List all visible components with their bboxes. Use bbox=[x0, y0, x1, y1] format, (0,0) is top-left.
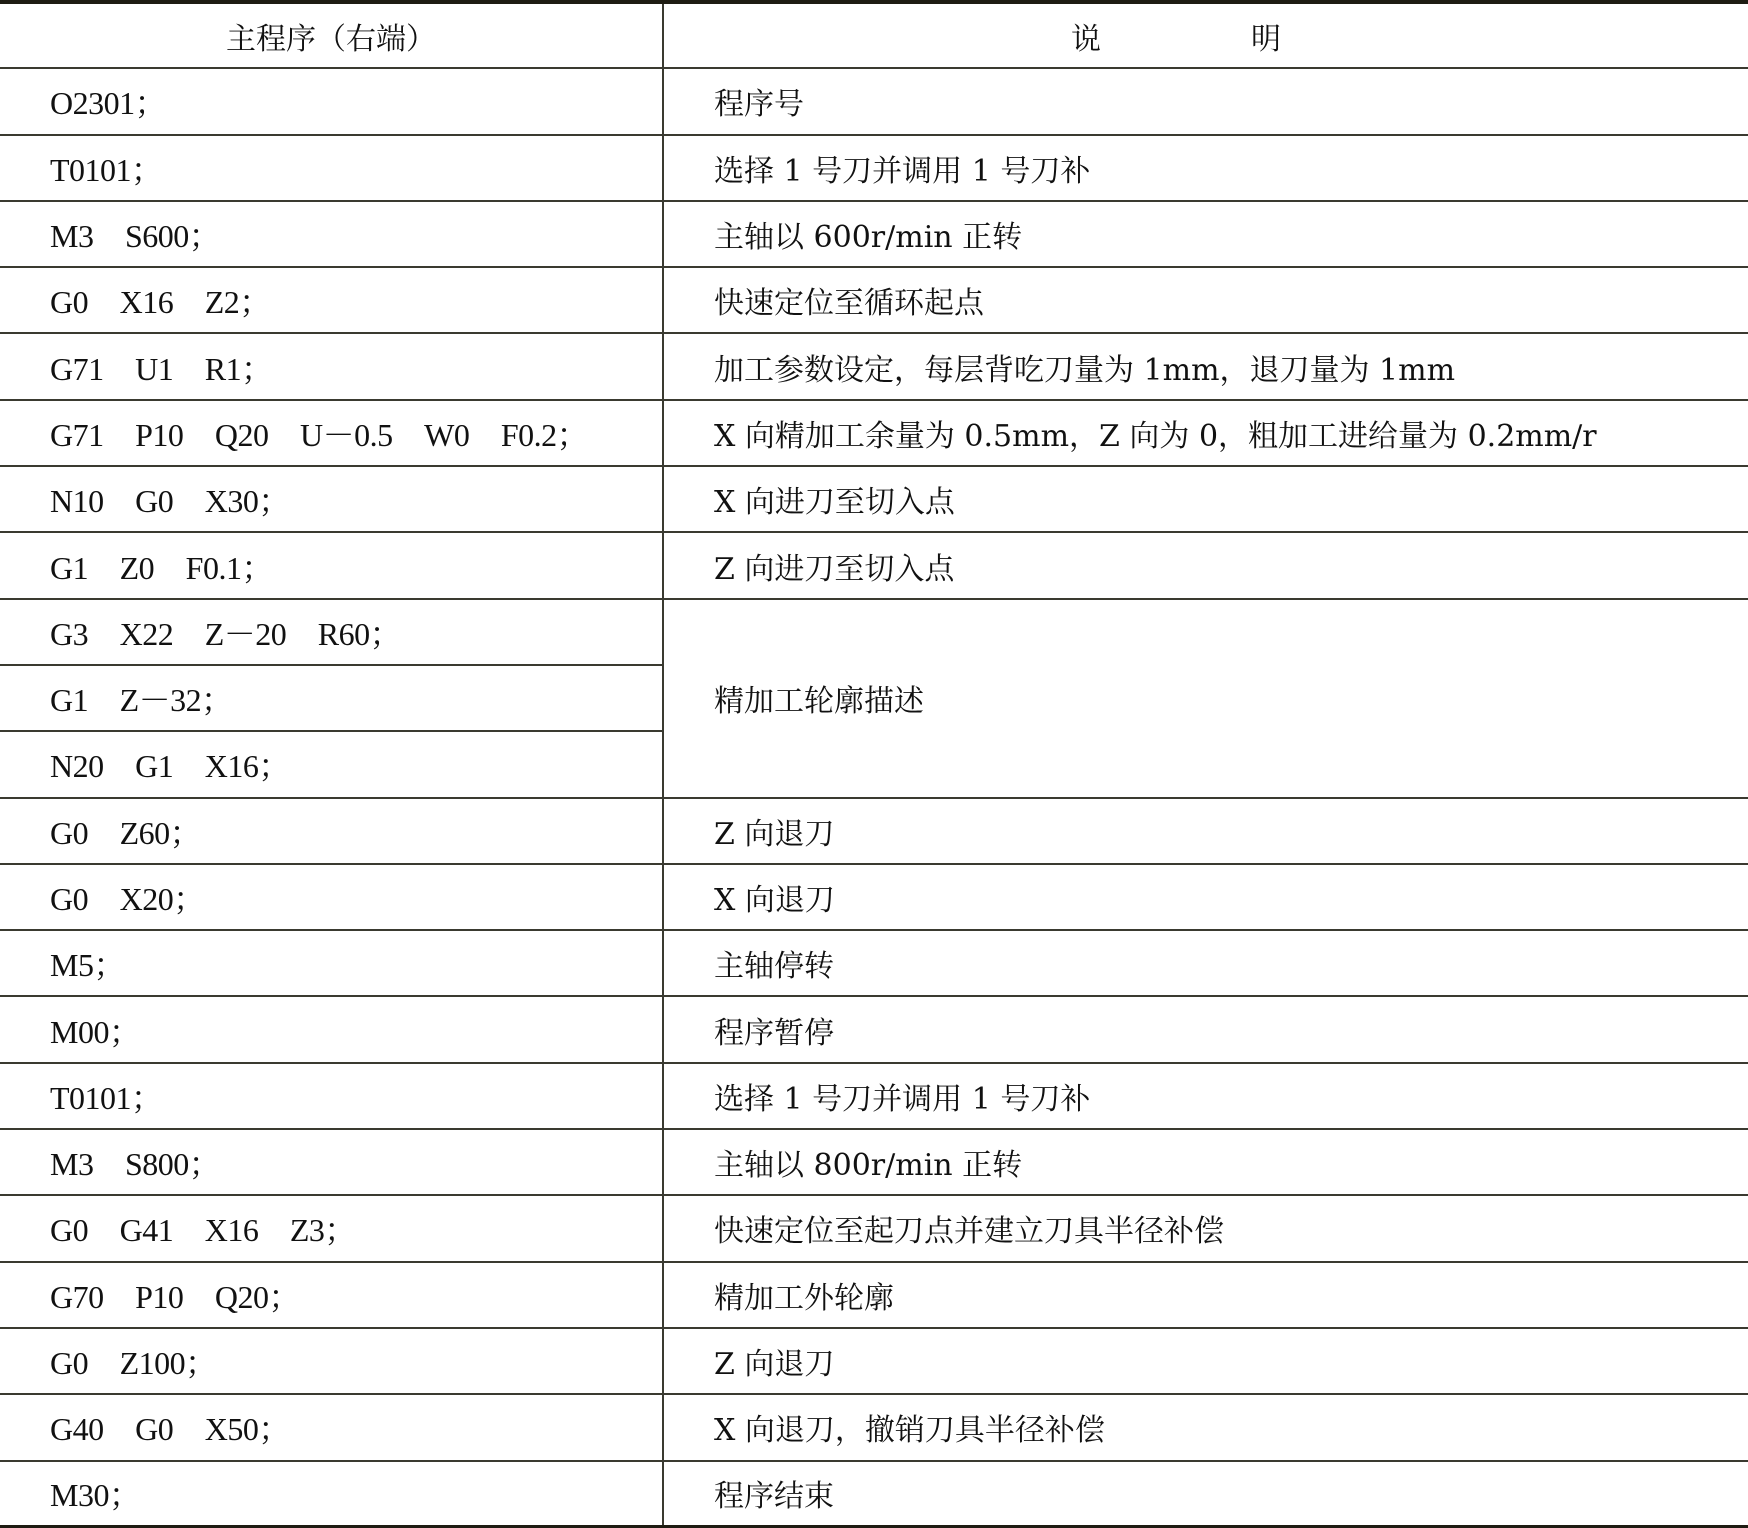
desc-cell: 程序暂停 bbox=[663, 996, 1748, 1062]
table-row: T0101； 选择 1 号刀并调用 1 号刀补 bbox=[0, 1063, 1748, 1129]
code-cell: G71 P10 Q20 U－0.5 W0 F0.2； bbox=[0, 400, 663, 466]
table-row: G0 X16 Z2； 快速定位至循环起点 bbox=[0, 267, 1748, 333]
table-row: T0101； 选择 1 号刀并调用 1 号刀补 bbox=[0, 135, 1748, 201]
desc-cell-merged: 精加工轮廓描述 bbox=[663, 599, 1748, 798]
table-row: M00； 程序暂停 bbox=[0, 996, 1748, 1062]
table-row: G1 Z0 F0.1； Z 向进刀至切入点 bbox=[0, 532, 1748, 598]
code-cell: G70 P10 Q20； bbox=[0, 1262, 663, 1328]
table-row: N10 G0 X30； X 向进刀至切入点 bbox=[0, 466, 1748, 532]
code-cell: G0 G41 X16 Z3； bbox=[0, 1195, 663, 1261]
code-cell: O2301； bbox=[0, 68, 663, 134]
desc-cell: Z 向退刀 bbox=[663, 1328, 1748, 1394]
table-row: G40 G0 X50； X 向退刀，撤销刀具半径补偿 bbox=[0, 1394, 1748, 1460]
table-row: G0 Z100； Z 向退刀 bbox=[0, 1328, 1748, 1394]
code-cell: G40 G0 X50； bbox=[0, 1394, 663, 1460]
desc-cell: 加工参数设定，每层背吃刀量为 1mm，退刀量为 1mm bbox=[663, 333, 1748, 399]
code-cell: G1 Z0 F0.1； bbox=[0, 532, 663, 598]
desc-cell: 程序结束 bbox=[663, 1461, 1748, 1527]
desc-cell: 快速定位至循环起点 bbox=[663, 267, 1748, 333]
desc-cell: Z 向进刀至切入点 bbox=[663, 532, 1748, 598]
table-row: G0 X20； X 向退刀 bbox=[0, 864, 1748, 930]
code-cell: G71 U1 R1； bbox=[0, 333, 663, 399]
header-program: 主程序（右端） bbox=[0, 2, 663, 68]
desc-cell: X 向退刀 bbox=[663, 864, 1748, 930]
table-row: G71 U1 R1； 加工参数设定，每层背吃刀量为 1mm，退刀量为 1mm bbox=[0, 333, 1748, 399]
code-cell: M3 S800； bbox=[0, 1129, 663, 1195]
desc-cell: X 向进刀至切入点 bbox=[663, 466, 1748, 532]
code-cell: T0101； bbox=[0, 1063, 663, 1129]
table-row: G71 P10 Q20 U－0.5 W0 F0.2； X 向精加工余量为 0.5… bbox=[0, 400, 1748, 466]
desc-cell: 主轴以 800r/min 正转 bbox=[663, 1129, 1748, 1195]
code-cell: M5； bbox=[0, 930, 663, 996]
code-cell: G0 Z60； bbox=[0, 798, 663, 864]
desc-cell: 主轴以 600r/min 正转 bbox=[663, 201, 1748, 267]
header-description: 说 明 bbox=[663, 2, 1748, 68]
desc-cell: 主轴停转 bbox=[663, 930, 1748, 996]
desc-cell: 程序号 bbox=[663, 68, 1748, 134]
table-row: G3 X22 Z－20 R60； 精加工轮廓描述 bbox=[0, 599, 1748, 665]
code-cell: G1 Z－32； bbox=[0, 665, 663, 731]
desc-cell: 精加工外轮廓 bbox=[663, 1262, 1748, 1328]
desc-cell: Z 向退刀 bbox=[663, 798, 1748, 864]
program-table: 主程序（右端） 说 明 O2301； 程序号 T0101； 选择 1 号刀并调用… bbox=[0, 0, 1748, 1528]
code-cell: M30； bbox=[0, 1461, 663, 1527]
desc-cell: X 向精加工余量为 0.5mm，Z 向为 0，粗加工进给量为 0.2mm/r bbox=[663, 400, 1748, 466]
table-row: M3 S600； 主轴以 600r/min 正转 bbox=[0, 201, 1748, 267]
code-cell: T0101； bbox=[0, 135, 663, 201]
table-row: O2301； 程序号 bbox=[0, 68, 1748, 134]
table-row: G0 G41 X16 Z3； 快速定位至起刀点并建立刀具半径补偿 bbox=[0, 1195, 1748, 1261]
code-cell: N10 G0 X30； bbox=[0, 466, 663, 532]
table-row: M30； 程序结束 bbox=[0, 1461, 1748, 1527]
desc-cell: 选择 1 号刀并调用 1 号刀补 bbox=[663, 1063, 1748, 1129]
code-cell: M00； bbox=[0, 996, 663, 1062]
table-row: G70 P10 Q20； 精加工外轮廓 bbox=[0, 1262, 1748, 1328]
desc-cell: 快速定位至起刀点并建立刀具半径补偿 bbox=[663, 1195, 1748, 1261]
header-description-label: 说 明 bbox=[1071, 22, 1341, 57]
code-cell: G3 X22 Z－20 R60； bbox=[0, 599, 663, 665]
code-cell: M3 S600； bbox=[0, 201, 663, 267]
code-cell: G0 X20； bbox=[0, 864, 663, 930]
desc-cell: X 向退刀，撤销刀具半径补偿 bbox=[663, 1394, 1748, 1460]
desc-cell: 选择 1 号刀并调用 1 号刀补 bbox=[663, 135, 1748, 201]
table-row: M5； 主轴停转 bbox=[0, 930, 1748, 996]
header-row: 主程序（右端） 说 明 bbox=[0, 2, 1748, 68]
code-cell: G0 X16 Z2； bbox=[0, 267, 663, 333]
table-row: M3 S800； 主轴以 800r/min 正转 bbox=[0, 1129, 1748, 1195]
code-cell: G0 Z100； bbox=[0, 1328, 663, 1394]
code-cell: N20 G1 X16； bbox=[0, 731, 663, 797]
table-row: G0 Z60； Z 向退刀 bbox=[0, 798, 1748, 864]
